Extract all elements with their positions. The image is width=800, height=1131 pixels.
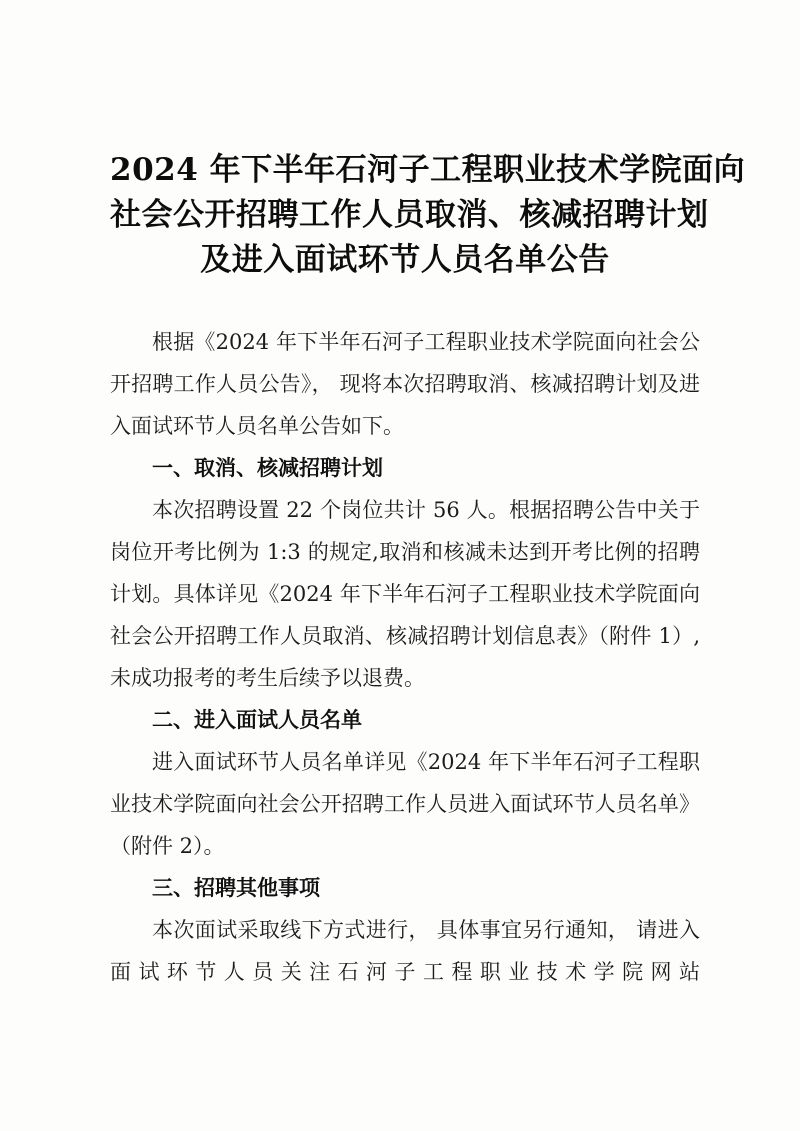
intro-paragraph: 根据《2024 年下半年石河子工程职业技术学院面向社会公开招聘工作人员公告》， … (110, 321, 700, 447)
section-2-heading: 二、进入面试人员名单 (110, 699, 700, 741)
section-1-body: 本次招聘设置 22 个岗位共计 56 人。根据招聘公告中关于岗位开考比例为 1:… (110, 489, 700, 699)
section-3-body: 本次面试采取线下方式进行， 具体事宜另行通知， 请进入面试环节人员关注石河子工程… (110, 909, 700, 993)
title-line-2: 社会公开招聘工作人员取消、核减招聘计划 (110, 193, 700, 238)
section-3-heading: 三、招聘其他事项 (110, 867, 700, 909)
section-2-body: 进入面试环节人员名单详见《2024 年下半年石河子工程职业技术学院面向社会公开招… (110, 741, 700, 867)
document-page: 2024 年下半年石河子工程职业技术学院面向 社会公开招聘工作人员取消、核减招聘… (0, 0, 800, 1131)
document-title: 2024 年下半年石河子工程职业技术学院面向 社会公开招聘工作人员取消、核减招聘… (110, 148, 700, 283)
title-line-3: 及进入面试环节人员名单公告 (110, 238, 700, 283)
section-1-heading: 一、取消、核减招聘计划 (110, 447, 700, 489)
title-line-1: 2024 年下半年石河子工程职业技术学院面向 (110, 148, 700, 193)
